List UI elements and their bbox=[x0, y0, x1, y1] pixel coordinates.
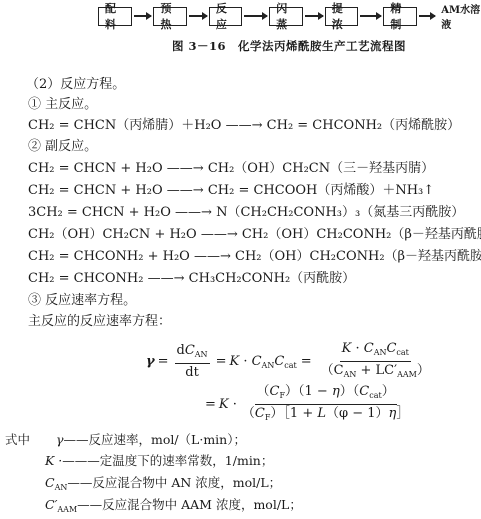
flow-arrow-icon bbox=[360, 15, 381, 17]
definition-text: ——反应速率，mol/（L·min）； bbox=[63, 432, 246, 447]
definition-row: K ·———定温度下的速率常数，1/min； bbox=[45, 452, 273, 470]
flow-step-mixing: 配料 bbox=[98, 7, 132, 26]
reaction-arrow-icon: ——→ bbox=[167, 183, 204, 198]
reaction-arrow-icon: ——→ bbox=[226, 118, 263, 133]
rate-equation-line2: = K · （CF）（1 − η）（Ccat） （CF）［1 + L（φ − 1… bbox=[205, 383, 414, 426]
reaction-arrow-icon: ——→ bbox=[175, 205, 212, 220]
definition-row: C′AAM——反应混合物中 AAM 浓度，mol/L； bbox=[45, 496, 302, 519]
definition-text: ——反应混合物中 AN 浓度，mol/L； bbox=[67, 475, 281, 490]
flow-step-concentrate: 提浓 bbox=[325, 7, 359, 26]
process-flowchart: 配料 预热 反应 闪蒸 提浓 精制 AM水溶液 bbox=[98, 5, 481, 27]
definition-symbol: CAN bbox=[45, 475, 67, 490]
flow-arrow-icon bbox=[419, 15, 435, 17]
equation-rhs: N（CH₂CH₂CONH₃）₃（氮基三丙酰胺） bbox=[216, 205, 464, 220]
flow-step-refine: 精制 bbox=[383, 7, 417, 26]
flow-step-flash: 闪蒸 bbox=[269, 7, 303, 26]
equation-lhs: CH₂ = CHCN（丙烯腈）＋H₂O bbox=[28, 118, 221, 133]
equation-rhs: CH₂（OH）CH₂CONH₂（β－羟基丙酰胺） bbox=[242, 227, 481, 242]
side-reaction-equation: CH₂ = CHCN + H₂O ——→ CH₂（OH）CH₂CN（三－羟基丙腈… bbox=[28, 160, 434, 178]
flow-output: AM水溶液 bbox=[441, 1, 481, 31]
side-reaction-equation: CH₂ = CHCONH₂ + H₂O ——→ CH₂（OH）CH₂CONH₂（… bbox=[28, 248, 481, 266]
flow-arrow-icon bbox=[244, 15, 267, 17]
reaction-arrow-icon: ——→ bbox=[148, 271, 185, 286]
rate-equation-title: ③ 反应速率方程。 bbox=[28, 292, 136, 310]
derivative-fraction: dCAN dt bbox=[175, 342, 210, 381]
equation-rhs: CH₂（OH）CH₂CN（三－羟基丙腈） bbox=[208, 161, 434, 176]
side-reaction-equation: CH₂ = CHCONH₂ ——→ CH₃CH₂CONH₂（丙酰胺） bbox=[28, 270, 355, 288]
definition-row: 式中 γ——反应速率，mol/（L·min）； bbox=[5, 431, 246, 449]
main-reaction-title: ① 主反应。 bbox=[28, 96, 97, 114]
figure-caption: 图 3－16 化学法丙烯酰胺生产工艺流程图 bbox=[172, 38, 406, 54]
rate-equation-intro: 主反应的反应速率方程： bbox=[28, 313, 171, 331]
side-reaction-equation: CH₂ = CHCN + H₂O ——→ CH₂ = CHCOOH（丙烯酸）＋N… bbox=[28, 182, 434, 200]
equation-rhs: CH₂ = CHCONH₂（丙烯酰胺） bbox=[267, 118, 460, 133]
side-reaction-equation: CH₂（OH）CH₂CN + H₂O ——→ CH₂（OH）CH₂CONH₂（β… bbox=[28, 226, 481, 244]
equation-rhs: CH₂（OH）CH₂CONH₂（β－羟基丙酰胺） bbox=[235, 249, 481, 264]
gamma-symbol: γ bbox=[146, 354, 155, 369]
flow-arrow-icon bbox=[134, 15, 152, 17]
equation-lhs: CH₂ = CHCONH₂ + H₂O bbox=[28, 249, 190, 264]
flow-step-preheat: 预热 bbox=[153, 7, 187, 26]
definition-text: ——反应混合物中 AAM 浓度，mol/L； bbox=[77, 497, 302, 512]
definition-symbol: K · bbox=[45, 453, 62, 468]
main-reaction-equation: CH₂ = CHCN（丙烯腈）＋H₂O ——→ CH₂ = CHCONH₂（丙烯… bbox=[28, 117, 460, 135]
equation-lhs: CH₂ = CHCN + H₂O bbox=[28, 161, 163, 176]
side-reaction-title: ② 副反应。 bbox=[28, 138, 97, 156]
where-label: 式中 bbox=[5, 432, 30, 447]
definition-text: ———定温度下的速率常数，1/min； bbox=[62, 453, 273, 468]
flow-step-reaction: 反应 bbox=[209, 7, 243, 26]
reaction-arrow-icon: ——→ bbox=[201, 227, 238, 242]
section-heading: （2）反应方程。 bbox=[26, 76, 125, 94]
definition-symbol: C′AAM bbox=[45, 497, 77, 512]
equation-lhs: 3CH₂ = CHCN + H₂O bbox=[28, 205, 171, 220]
reaction-arrow-icon: ——→ bbox=[167, 161, 204, 176]
rate-fraction: K · CANCcat （CAN + LC′AAM） bbox=[319, 340, 432, 383]
side-reaction-equation: 3CH₂ = CHCN + H₂O ——→ N（CH₂CH₂CONH₃）₃（氮基… bbox=[28, 204, 464, 222]
definition-row: CAN——反应混合物中 AN 浓度，mol/L； bbox=[45, 474, 281, 497]
rate-fraction-expanded: （CF）（1 − η）（Ccat） （CF）［1 + L（φ − 1）η］ bbox=[240, 383, 411, 426]
equation-lhs: CH₂（OH）CH₂CN + H₂O bbox=[28, 227, 197, 242]
flow-arrow-icon bbox=[305, 15, 323, 17]
equation-lhs: CH₂ = CHCN + H₂O bbox=[28, 183, 163, 198]
flow-arrow-icon bbox=[189, 15, 207, 17]
equation-rhs: CH₂ = CHCOOH（丙烯酸）＋NH₃↑ bbox=[208, 183, 434, 198]
equation-lhs: CH₂ = CHCONH₂ bbox=[28, 271, 143, 286]
reaction-arrow-icon: ——→ bbox=[194, 249, 231, 264]
rate-equation-line1: γ = dCAN dt = K · CANCcat = K · CANCcat … bbox=[146, 340, 435, 383]
equation-rhs: CH₃CH₂CONH₂（丙酰胺） bbox=[189, 271, 356, 286]
